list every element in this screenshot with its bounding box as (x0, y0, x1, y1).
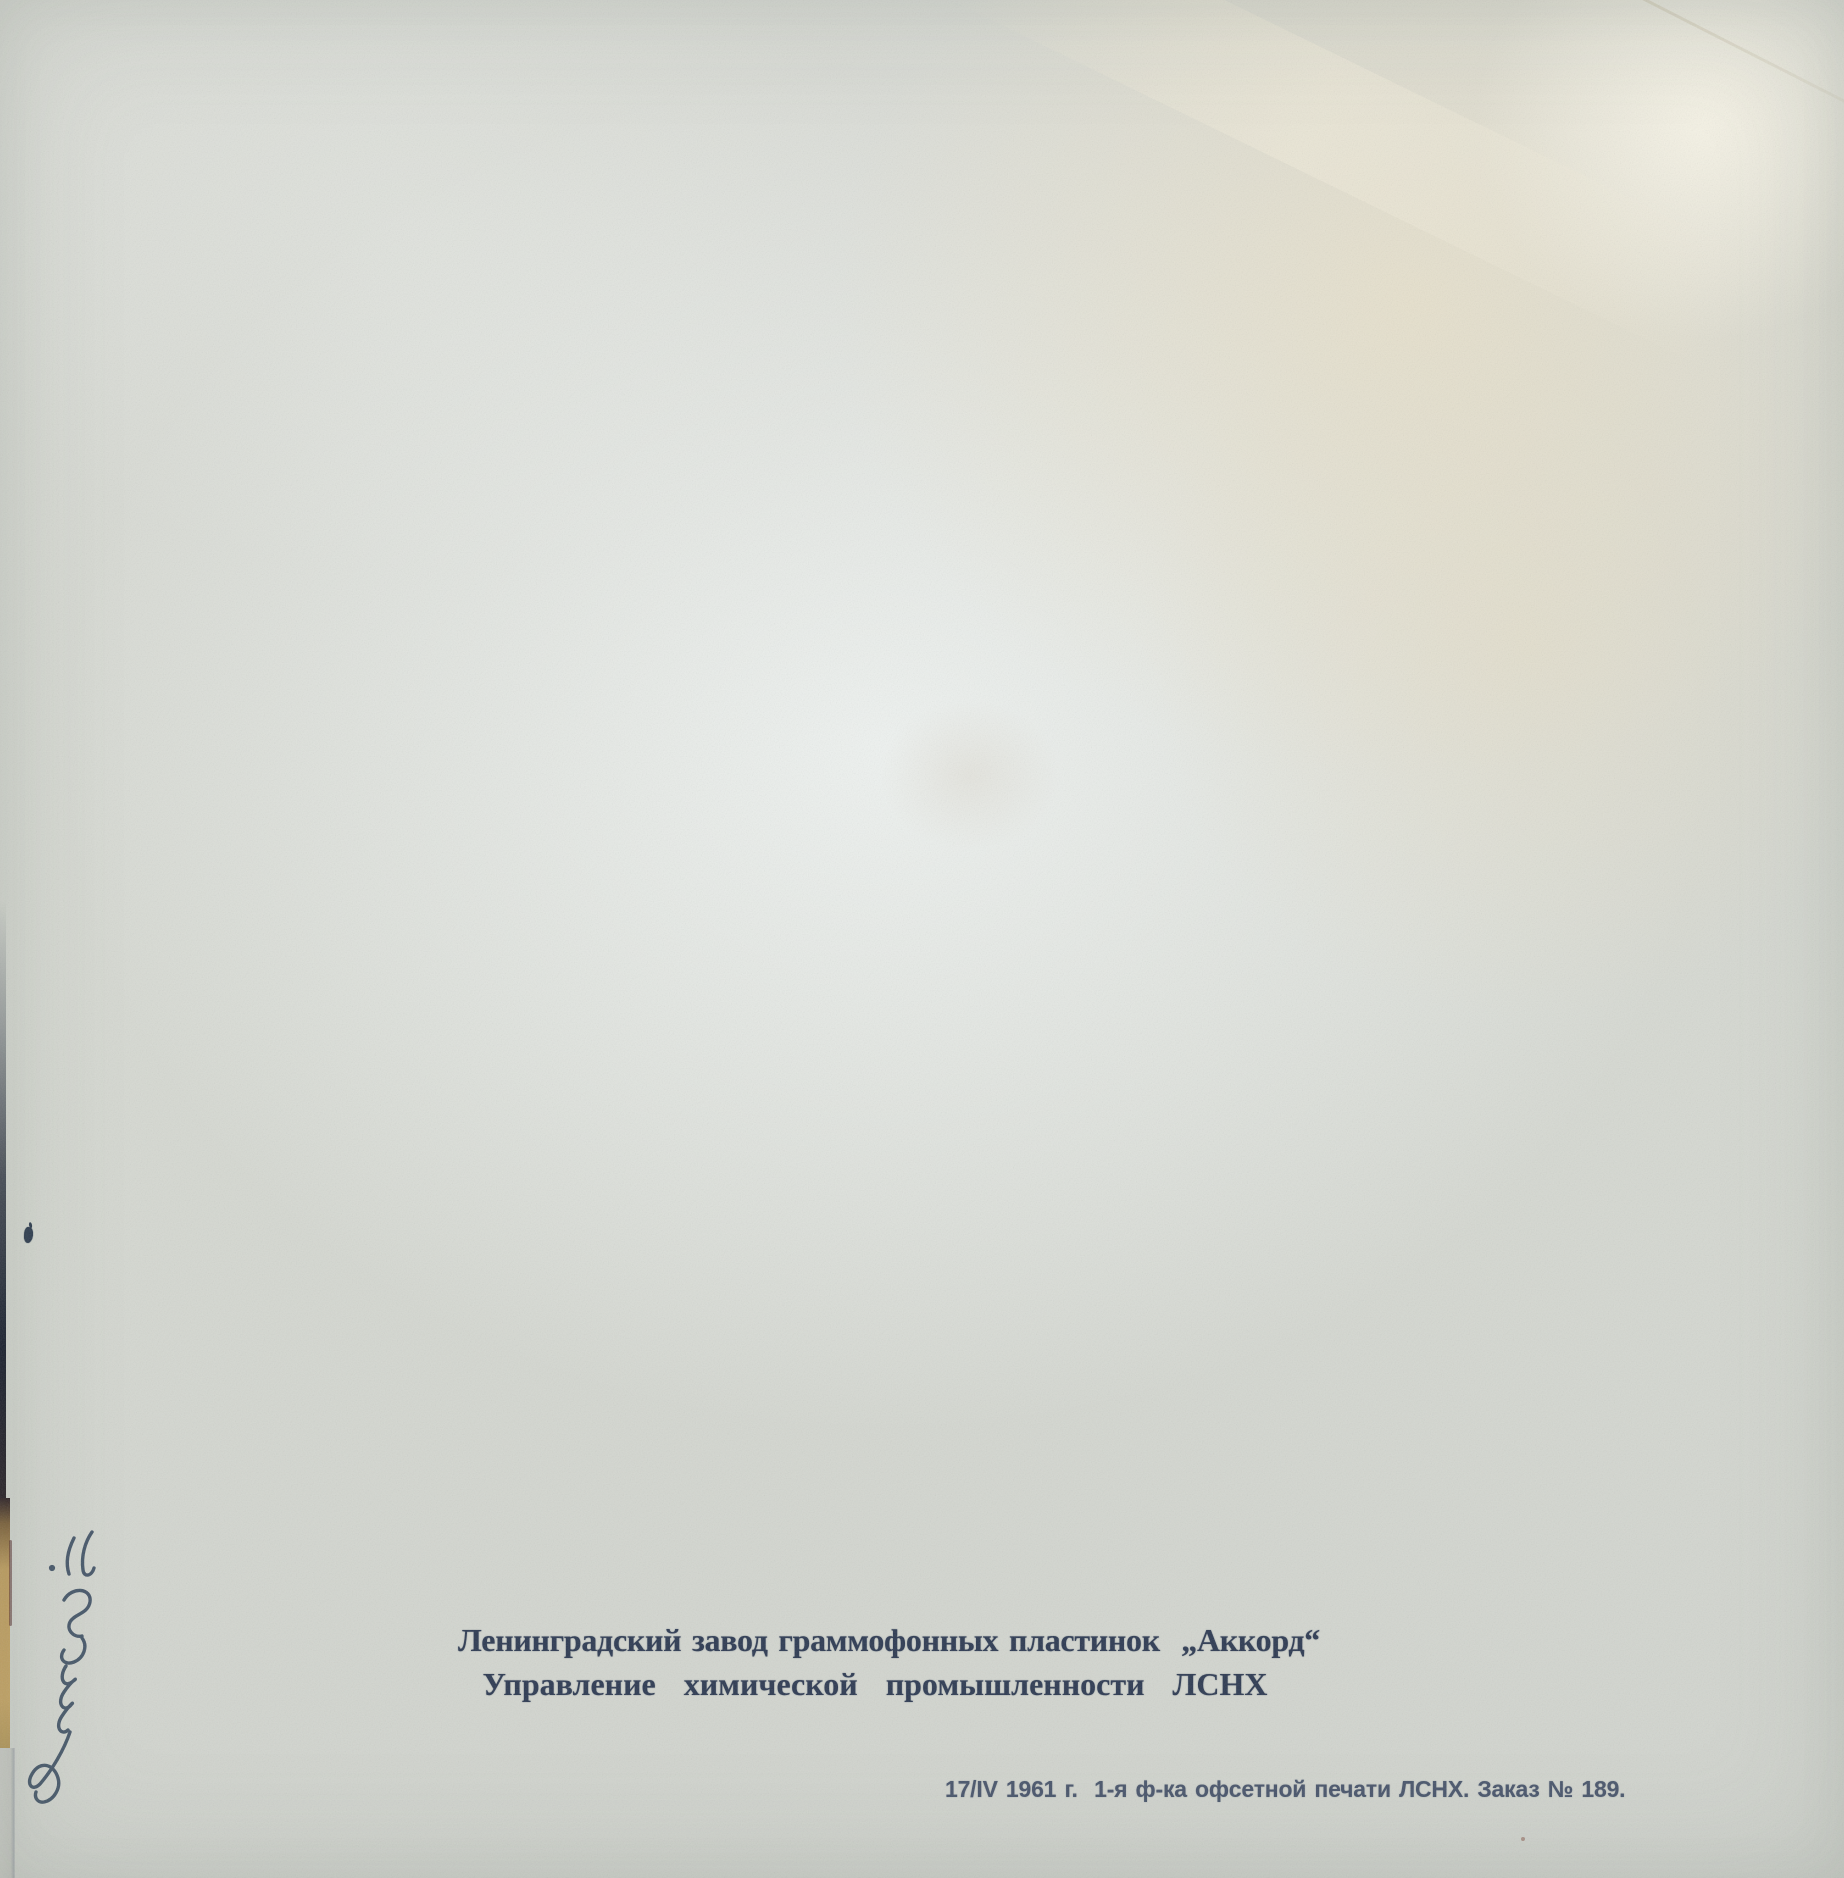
signature-stroke (30, 1732, 70, 1802)
stain-diagonal-streak (941, 0, 1767, 372)
print-info-line: 17/IV 1961 г. 1-я ф-ка офсетной печати Л… (945, 1776, 1625, 1803)
paper-grain-texture (0, 0, 1844, 1878)
signature-dot (49, 1565, 55, 1571)
ink-blot (23, 1227, 34, 1244)
signature-stroke (67, 1538, 74, 1574)
paper-speck (1521, 1837, 1525, 1841)
signature-stroke (82, 1532, 94, 1575)
record-sleeve-back-scan: Ленинградский завод граммофонных пластин… (0, 0, 1844, 1878)
water-stain-top-right (834, 0, 1844, 780)
paper-crease-line (1384, 0, 1844, 123)
water-stain-right (1144, 260, 1844, 1020)
imprint-block: Ленинградский завод граммофонных пластин… (0, 1620, 1778, 1704)
faint-smudge-center (880, 700, 1060, 850)
water-stain-corner (1474, 0, 1844, 340)
scan-edge-dark-strip (0, 900, 6, 1520)
department-line: Управление химической промышленности ЛСН… (0, 1664, 1764, 1704)
publisher-line: Ленинградский завод граммофонных пластин… (0, 1620, 1778, 1660)
scan-vignette (0, 0, 1844, 1878)
